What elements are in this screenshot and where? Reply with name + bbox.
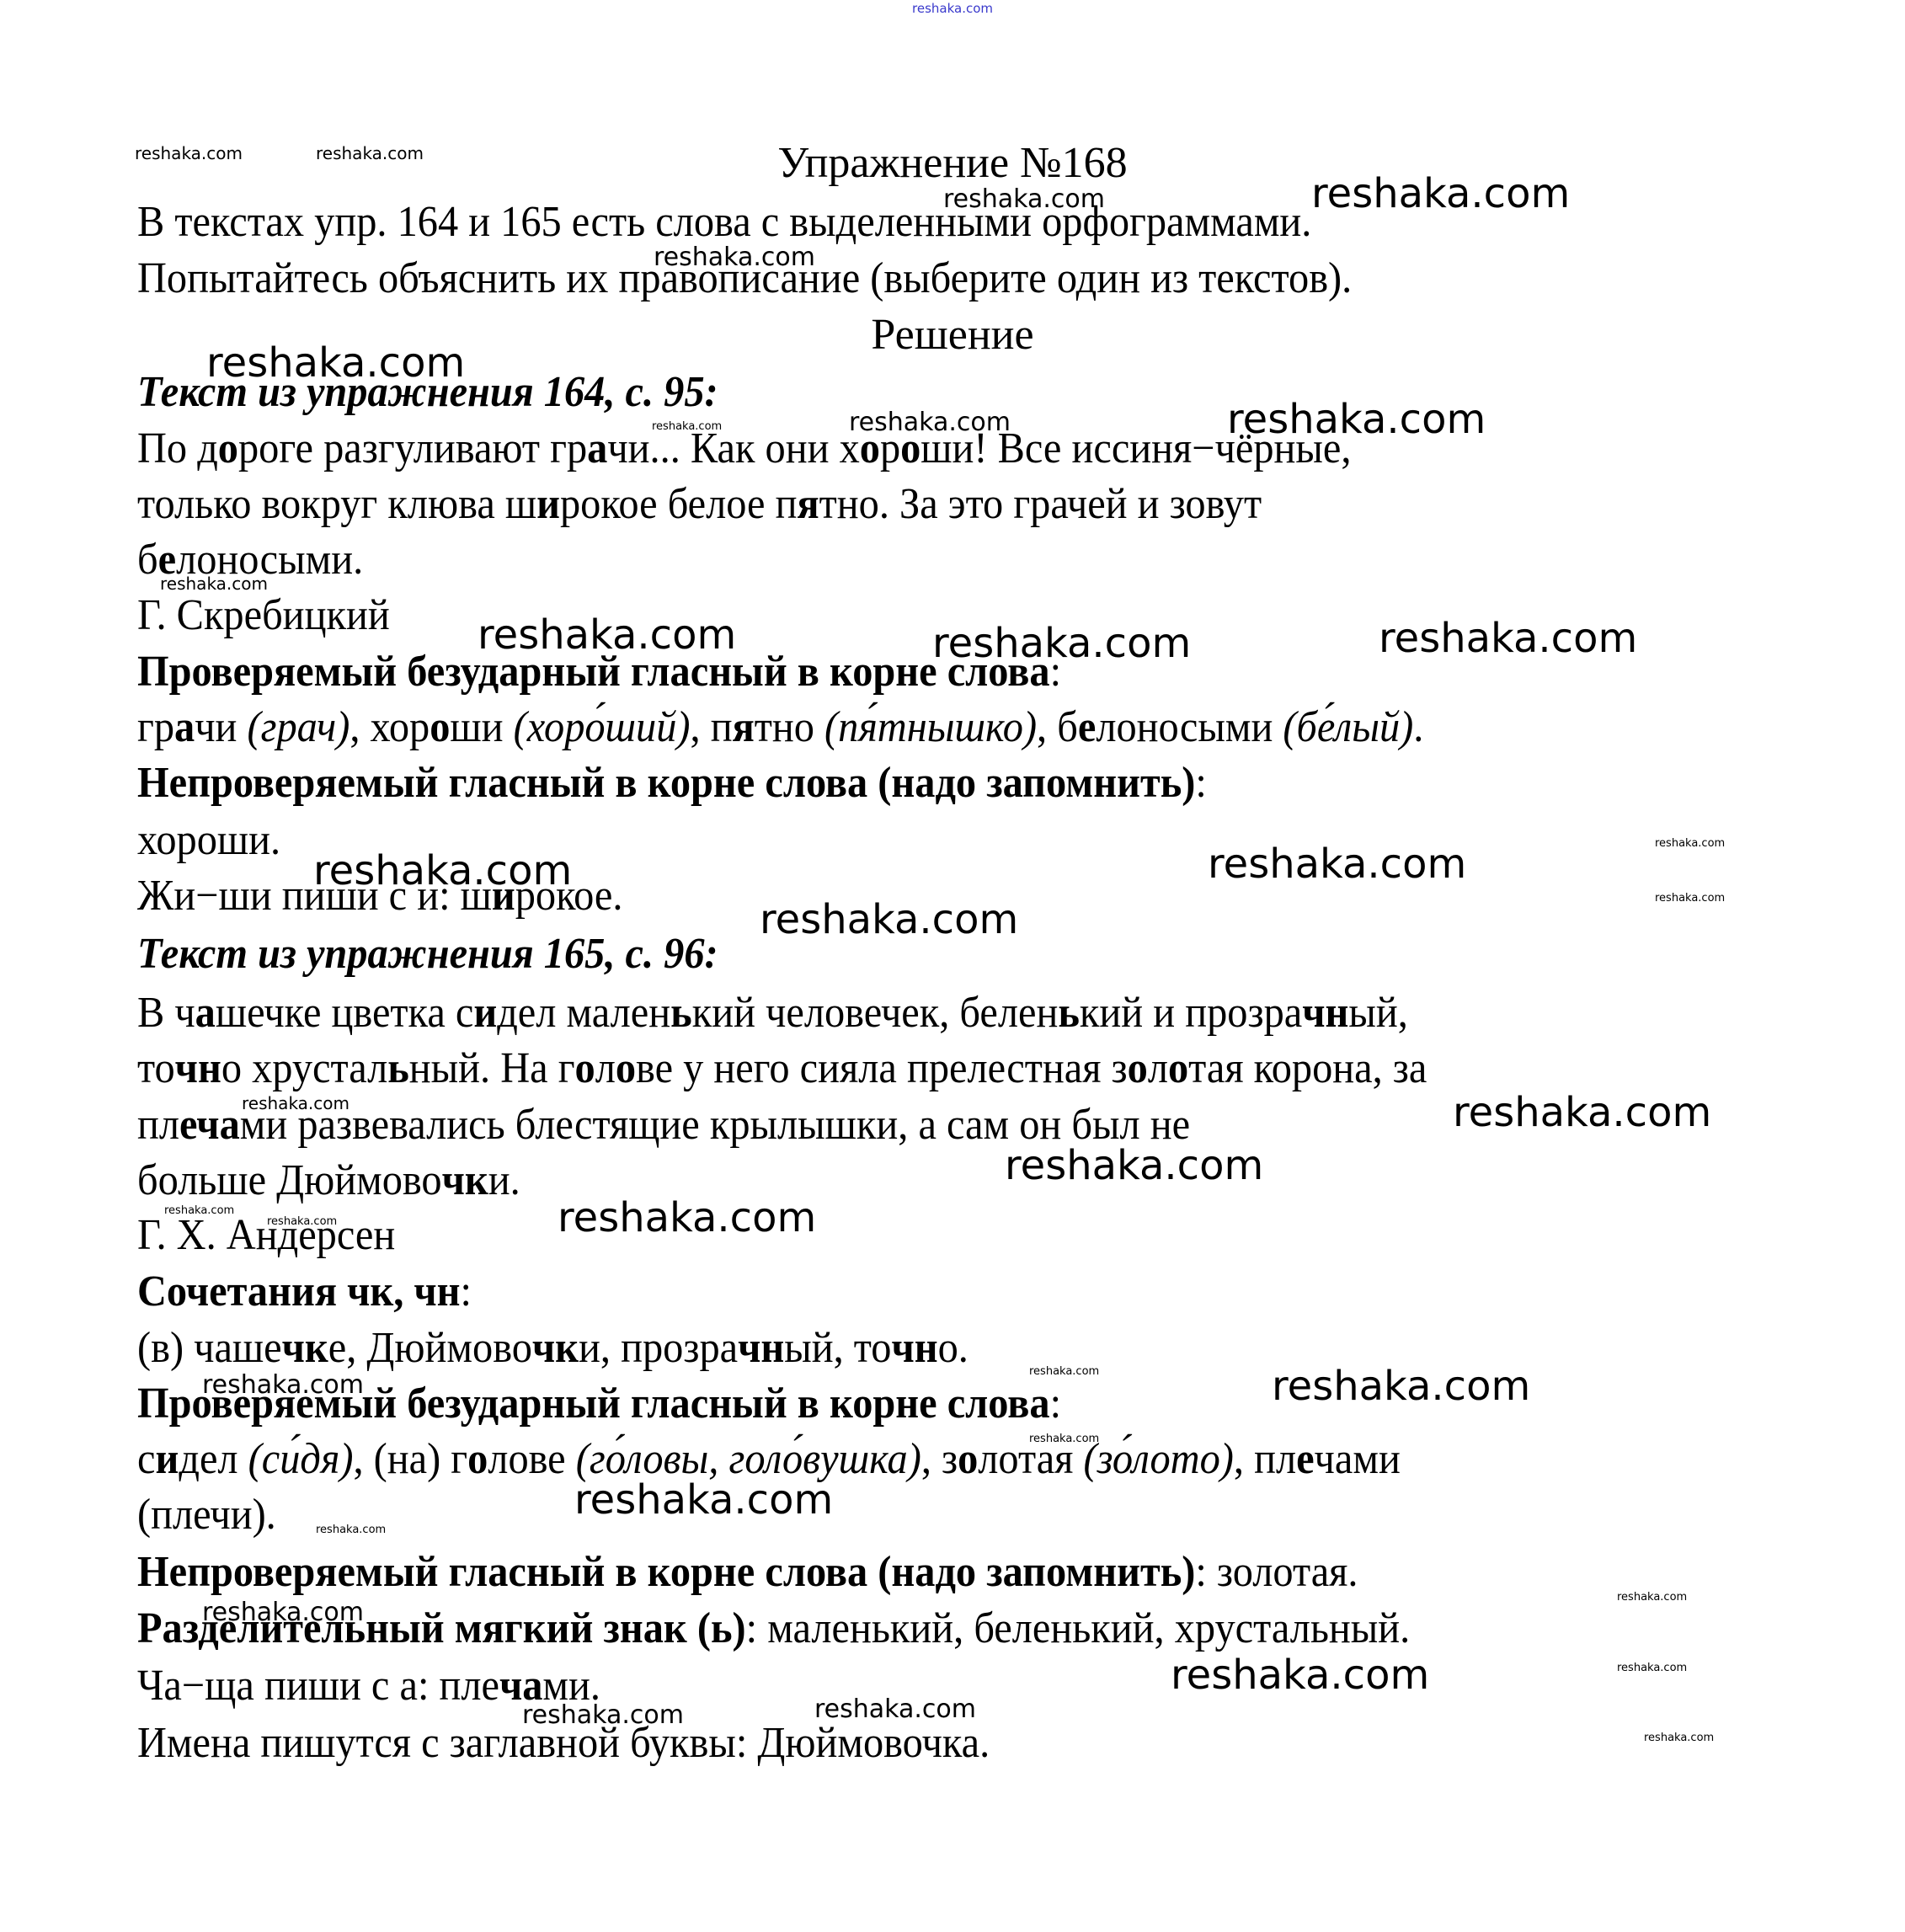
highlighted-letters: о [1168, 1044, 1188, 1092]
highlighted-letters: а [587, 424, 607, 472]
text164-line-2: только вокруг клюва широкое белое пятно.… [137, 483, 1262, 526]
text165-line-4: больше Дюймовочки. [137, 1159, 520, 1203]
text-run: пл [137, 1101, 179, 1149]
rule-checked-vowel-165-content-1: сидел (си́дя), (на) голове (го́ловы, гол… [137, 1438, 1401, 1481]
watermark: reshaka.com [943, 187, 1105, 212]
text-run: , (на) г [353, 1435, 467, 1483]
text-run: о. [938, 1324, 969, 1372]
text-run: , з [921, 1435, 958, 1483]
watermark: reshaka.com [814, 1697, 976, 1722]
watermark: reshaka.com [1644, 1732, 1714, 1743]
check-word: (грач) [247, 703, 350, 751]
watermark: reshaka.com [760, 899, 1018, 940]
text-run: . [1413, 703, 1423, 751]
text164-line-1: По дороге разгуливают грачи... Как они х… [137, 427, 1351, 471]
text-run: , пл [1234, 1435, 1296, 1483]
rule-inline-content: золотая. [1217, 1548, 1358, 1596]
rule-title: Сочетания чк, чн [137, 1268, 461, 1316]
watermark: reshaka.com [164, 1205, 234, 1216]
text-run: дел [179, 1435, 248, 1483]
text-run: По д [137, 424, 218, 472]
watermark: reshaka.com [1655, 838, 1725, 849]
text-run: лове [488, 1435, 575, 1483]
highlighted-letters: чн [175, 1044, 221, 1092]
text-run: гр [137, 703, 174, 751]
text-run: б [137, 536, 158, 584]
highlighted-letters: ч [196, 1101, 219, 1149]
text-run: л [1148, 1044, 1168, 1092]
text165-line-2: точно хрустальный. На голове у него сиял… [137, 1047, 1427, 1091]
highlighted-letters: о [616, 1044, 636, 1092]
watermark: reshaka.com [1005, 1145, 1263, 1186]
rule-unchecked-vowel-165: Непроверяемый гласный в корне слова (над… [137, 1550, 1358, 1594]
rule-inline-content: маленький, беленький, хрустальный. [767, 1604, 1410, 1652]
highlighted-letters: о [575, 1044, 595, 1092]
highlighted-letters: чк [282, 1324, 328, 1372]
text-run: больше Дюймово [137, 1156, 442, 1204]
page-title: Упражнение №168 [0, 141, 1905, 185]
rule-title: Непроверяемый гласный в корне слова (над… [137, 1548, 1195, 1596]
text-run: (в) чаше [137, 1324, 282, 1372]
text-run: ный. На г [409, 1044, 575, 1092]
highlighted-letters: е [179, 1101, 196, 1149]
watermark: reshaka.com [1171, 1655, 1429, 1695]
text-run: В ч [137, 989, 195, 1037]
highlighted-letters: чк [532, 1324, 579, 1372]
watermark: reshaka.com [242, 1095, 350, 1112]
text-run: кий и прозра [1080, 989, 1302, 1037]
highlighted-letters: чк [442, 1156, 488, 1204]
watermark: reshaka.com [1617, 1662, 1687, 1673]
text-run: ый, то [784, 1324, 891, 1372]
watermark: reshaka.com [313, 851, 572, 891]
text-run: хороши. [137, 816, 280, 864]
text-run: л [595, 1044, 616, 1092]
text-run: с [137, 1435, 155, 1483]
rule-checked-vowel-164-content: грачи (грач), хороши (хоро́ший), пятно (… [137, 706, 1423, 750]
text-run: тно. За это грачей и зовут [819, 480, 1262, 528]
highlighted-letters: и [473, 989, 497, 1037]
text-run: то [137, 1044, 175, 1092]
watermark: reshaka.com [316, 1524, 386, 1535]
watermark: reshaka.com [202, 1600, 364, 1625]
highlighted-letters: а [220, 1101, 240, 1149]
watermark: reshaka.com [1617, 1592, 1687, 1603]
watermark: reshaka.com [1208, 844, 1466, 884]
rule-title: Непроверяемый гласный в корне слова (над… [137, 759, 1195, 807]
highlighted-letters: чн [1302, 989, 1348, 1037]
rule-unchecked-vowel-164-content: хороши. [137, 819, 280, 862]
text-run: чами [1315, 1435, 1401, 1483]
text-run: , п [691, 703, 733, 751]
watermark: reshaka.com [849, 410, 1011, 435]
text-run: рокое белое п [560, 480, 797, 528]
highlighted-letters: о [958, 1435, 978, 1483]
highlighted-letters: о [218, 424, 238, 472]
check-word: (си́дя) [248, 1435, 354, 1483]
text-run: Ча−ща пиши с а: пле [137, 1662, 499, 1710]
highlighted-letters: ь [387, 1044, 409, 1092]
watermark: reshaka.com [654, 245, 815, 270]
text-run: , б [1037, 703, 1078, 751]
watermark: reshaka.com [478, 615, 736, 655]
highlighted-letters: о [467, 1435, 488, 1483]
watermark: reshaka.com [1029, 1433, 1099, 1444]
highlighted-letters: я [733, 703, 755, 751]
text-run: ве у него сияла прелестная з [636, 1044, 1128, 1092]
highlighted-letters: и [536, 480, 560, 528]
rule-checked-vowel-165-content-2: (плечи). [137, 1493, 276, 1537]
text164-author: Г. Скребицкий [137, 594, 390, 638]
highlighted-letters: о [430, 703, 450, 751]
text-run: и. [488, 1156, 520, 1204]
highlighted-letters: чн [891, 1324, 937, 1372]
task-line-1: В текстах упр. 164 и 165 есть слова с вы… [137, 200, 1311, 244]
header-watermark[interactable]: reshaka.com [912, 3, 993, 15]
watermark: reshaka.com [558, 1198, 816, 1238]
watermark: reshaka.com [1227, 399, 1486, 440]
highlighted-letters: и [155, 1435, 179, 1483]
watermark: reshaka.com [574, 1480, 833, 1520]
watermark: reshaka.com [160, 575, 268, 592]
text-run: е, Дюймово [328, 1324, 532, 1372]
text165-line-1: В чашечке цветка сидел маленький человеч… [137, 991, 1408, 1035]
watermark: reshaka.com [1379, 618, 1637, 659]
text-run: ый, [1348, 989, 1407, 1037]
text-run: кий человечек, белен [692, 989, 1059, 1037]
text-run: лоносыми [1096, 703, 1283, 751]
rule-chk-chn-content: (в) чашечке, Дюймовочки, прозрачный, точ… [137, 1326, 969, 1370]
highlighted-letters: е [1296, 1435, 1314, 1483]
watermark: reshaka.com [202, 1373, 364, 1398]
document-page: reshaka.com reshaka.com reshaka.com Упра… [0, 0, 1905, 1932]
check-word: (бе́лый) [1283, 703, 1413, 751]
watermark: reshaka.com [1029, 1366, 1099, 1377]
watermark: reshaka.com [932, 623, 1191, 664]
text-run: о хрустал [221, 1044, 387, 1092]
highlighted-letters: а [174, 703, 195, 751]
watermark: reshaka.com [652, 421, 722, 432]
highlighted-letters: ь [670, 989, 692, 1037]
text-run: тая корона, за [1188, 1044, 1427, 1092]
text-run: чи... Как они х [607, 424, 859, 472]
highlighted-letters: чн [738, 1324, 784, 1372]
text-run: только вокруг клюва ш [137, 480, 536, 528]
highlighted-letters: я [797, 480, 819, 528]
text165-heading: Текст из упражнения 165, с. 96: [137, 932, 718, 976]
watermark: reshaka.com [522, 1703, 684, 1728]
watermark: reshaka.com [267, 1216, 337, 1227]
highlighted-letters: ь [1058, 989, 1080, 1037]
text-run: ши [450, 703, 513, 751]
watermark: reshaka.com [206, 343, 465, 383]
check-word: (хоро́ший) [514, 703, 691, 751]
text-run: роге разгуливают гр [238, 424, 587, 472]
watermark: reshaka.com [1453, 1092, 1711, 1133]
text-run: дел мален [497, 989, 670, 1037]
watermark: reshaka.com [1311, 173, 1570, 214]
text-run: , хор [350, 703, 430, 751]
highlighted-letters: о [1128, 1044, 1148, 1092]
text-run: и, прозра [579, 1324, 738, 1372]
text-run: чи [195, 703, 247, 751]
check-word: (зо́лото) [1083, 1435, 1233, 1483]
text-run: шечке цветка с [216, 989, 473, 1037]
text-run: тно [755, 703, 824, 751]
rule-chk-chn: Сочетания чк, чн: [137, 1270, 472, 1314]
rule-unchecked-vowel-164: Непроверяемый гласный в корне слова (над… [137, 761, 1207, 805]
text-run: (плечи). [137, 1491, 276, 1539]
watermark: reshaka.com [1655, 893, 1725, 904]
check-word: (пя́тнышко) [824, 703, 1037, 751]
watermark: reshaka.com [1272, 1366, 1530, 1406]
highlighted-letters: е [1078, 703, 1096, 751]
highlighted-letters: а [195, 989, 216, 1037]
